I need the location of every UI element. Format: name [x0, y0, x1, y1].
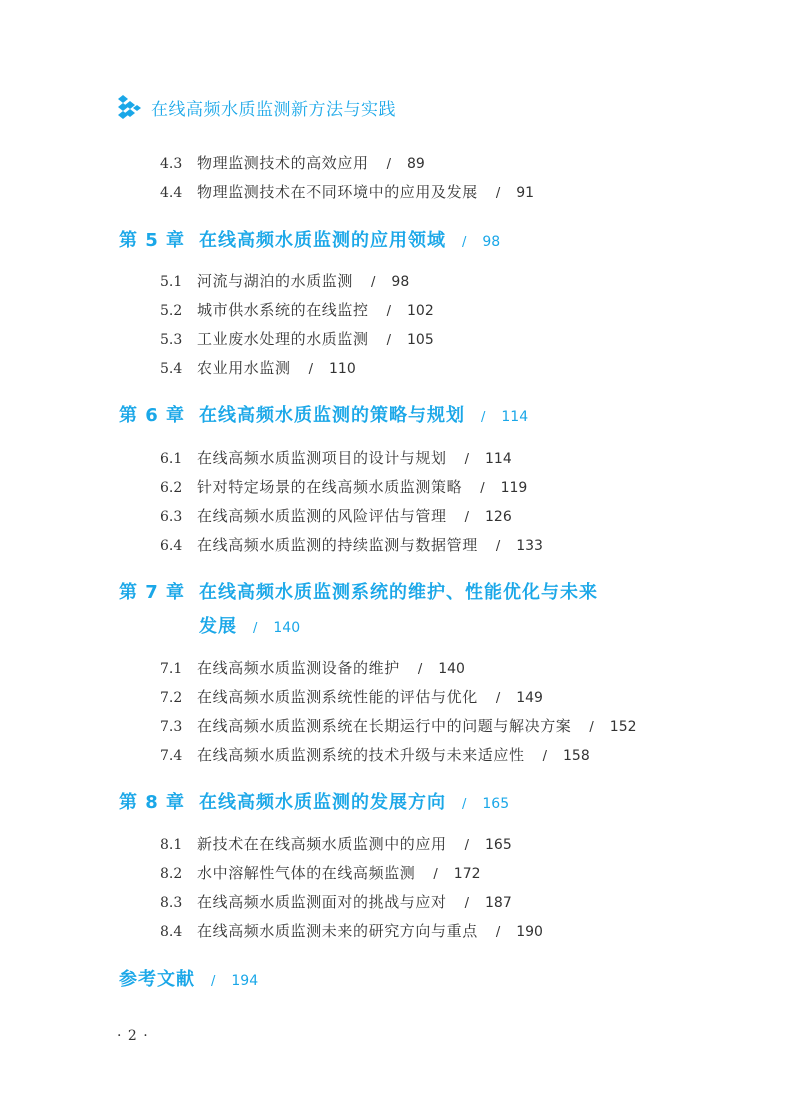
separator: / [465, 893, 469, 915]
toc-section-7-2[interactable]: 7.2 在线高频水质监测系统性能的评估与优化 / 149 [160, 686, 543, 708]
page-number: 114 [501, 403, 528, 431]
toc-section-7-4[interactable]: 7.4 在线高频水质监测系统的技术升级与未来适应性 / 158 [160, 744, 590, 766]
section-number: 5.4 [160, 358, 197, 380]
toc-section-8-1[interactable]: 8.1 新技术在在线高频水质监测中的应用 / 165 [160, 833, 512, 855]
section-number: 8.3 [160, 892, 197, 914]
toc-section-4-4[interactable]: 4.4 物理监测技术在不同环境中的应用及发展 / 91 [160, 181, 534, 203]
running-header: 在线高频水质监测新方法与实践 [117, 94, 396, 120]
section-number: 7.2 [160, 687, 197, 709]
separator: / [387, 330, 391, 352]
section-number: 5.3 [160, 329, 197, 351]
section-title: 在线高频水质监测的风险评估与管理 [197, 505, 447, 527]
separator: / [253, 615, 257, 643]
page-number: 133 [516, 535, 543, 557]
separator: / [211, 968, 215, 996]
toc-chapter-6[interactable]: 第 6 章 在线高频水质监测的策略与规划 / 114 [119, 402, 528, 430]
toc-section-7-1[interactable]: 7.1 在线高频水质监测设备的维护 / 140 [160, 657, 465, 679]
toc-section-8-2[interactable]: 8.2 水中溶解性气体的在线高频监测 / 172 [160, 862, 481, 884]
page-number: 140 [273, 614, 300, 642]
section-title: 在线高频水质监测系统在长期运行中的问题与解决方案 [197, 715, 571, 737]
section-title: 在线高频水质监测项目的设计与规划 [197, 447, 447, 469]
page-number: 105 [407, 329, 434, 351]
separator: / [480, 478, 484, 500]
page-number: 89 [407, 153, 425, 175]
section-number: 8.2 [160, 863, 197, 885]
section-title: 水中溶解性气体的在线高频监测 [197, 862, 415, 884]
toc-section-6-3[interactable]: 6.3 在线高频水质监测的风险评估与管理 / 126 [160, 505, 512, 527]
chapter-title-continued: 发展 [199, 613, 237, 641]
separator: / [465, 835, 469, 857]
section-title: 农业用水监测 [197, 357, 291, 379]
page-number: 194 [231, 967, 258, 995]
page-number: 126 [485, 506, 512, 528]
section-title: 针对特定场景的在线高频水质监测策略 [197, 476, 462, 498]
page-number: 91 [516, 182, 534, 204]
page-number: 114 [485, 448, 512, 470]
section-number: 5.1 [160, 271, 197, 293]
separator: / [371, 272, 375, 294]
section-title: 在线高频水质监测系统的技术升级与未来适应性 [197, 744, 525, 766]
section-title: 工业废水处理的水质监测 [197, 328, 369, 350]
page-number: 158 [563, 745, 590, 767]
section-number: 6.1 [160, 448, 197, 470]
stacked-diamonds-logo-icon [117, 95, 143, 119]
chapter-title: 在线高频水质监测系统的维护、性能优化与未来 [199, 579, 598, 607]
page-number: 190 [516, 921, 543, 943]
toc-section-7-3[interactable]: 7.3 在线高频水质监测系统在长期运行中的问题与解决方案 / 152 [160, 715, 637, 737]
toc-section-8-3[interactable]: 8.3 在线高频水质监测面对的挑战与应对 / 187 [160, 891, 512, 913]
book-title: 在线高频水质监测新方法与实践 [151, 95, 396, 120]
separator: / [462, 229, 466, 257]
page-number: 187 [485, 892, 512, 914]
section-title: 新技术在在线高频水质监测中的应用 [197, 833, 447, 855]
toc-section-6-1[interactable]: 6.1 在线高频水质监测项目的设计与规划 / 114 [160, 447, 512, 469]
toc-section-8-4[interactable]: 8.4 在线高频水质监测未来的研究方向与重点 / 190 [160, 920, 543, 942]
separator: / [465, 507, 469, 529]
separator: / [496, 922, 500, 944]
toc-section-6-4[interactable]: 6.4 在线高频水质监测的持续监测与数据管理 / 133 [160, 534, 543, 556]
section-title: 物理监测技术的高效应用 [197, 152, 369, 174]
section-title: 在线高频水质监测面对的挑战与应对 [197, 891, 447, 913]
section-number: 7.4 [160, 745, 197, 767]
page-footer-number: · 2 · [117, 1028, 149, 1044]
section-number: 7.3 [160, 716, 197, 738]
chapter-label: 第 5 章 [119, 227, 199, 255]
section-number: 8.1 [160, 834, 197, 856]
page-number: 98 [482, 228, 500, 256]
toc-chapter-7-continued[interactable]: 发展 / 140 [199, 613, 300, 641]
section-title: 物理监测技术在不同环境中的应用及发展 [197, 181, 478, 203]
toc-chapter-8[interactable]: 第 8 章 在线高频水质监测的发展方向 / 165 [119, 789, 509, 817]
page-number: 110 [329, 358, 356, 380]
page-number: 165 [485, 834, 512, 856]
separator: / [589, 717, 593, 739]
section-number: 6.4 [160, 535, 197, 557]
toc-section-5-4[interactable]: 5.4 农业用水监测 / 110 [160, 357, 356, 379]
page-number: 140 [438, 658, 465, 680]
section-title: 河流与湖泊的水质监测 [197, 270, 353, 292]
section-title: 在线高频水质监测系统性能的评估与优化 [197, 686, 478, 708]
separator: / [387, 154, 391, 176]
page-number: 102 [407, 300, 434, 322]
section-title: 城市供水系统的在线监控 [197, 299, 369, 321]
chapter-title: 在线高频水质监测的应用领域 [199, 227, 446, 255]
separator: / [418, 659, 422, 681]
toc-section-5-1[interactable]: 5.1 河流与湖泊的水质监测 / 98 [160, 270, 409, 292]
section-title: 在线高频水质监测的持续监测与数据管理 [197, 534, 478, 556]
section-title: 在线高频水质监测未来的研究方向与重点 [197, 920, 478, 942]
page-number: 119 [501, 477, 528, 499]
section-title: 在线高频水质监测设备的维护 [197, 657, 400, 679]
section-number: 6.2 [160, 477, 197, 499]
page-number: 98 [391, 271, 409, 293]
section-number: 6.3 [160, 506, 197, 528]
chapter-label: 第 6 章 [119, 402, 199, 430]
section-number: 5.2 [160, 300, 197, 322]
chapter-label: 第 8 章 [119, 789, 199, 817]
page-number: 165 [482, 790, 509, 818]
toc-section-5-2[interactable]: 5.2 城市供水系统的在线监控 / 102 [160, 299, 434, 321]
toc-chapter-5[interactable]: 第 5 章 在线高频水质监测的应用领域 / 98 [119, 227, 500, 255]
chapter-label: 第 7 章 [119, 579, 199, 607]
separator: / [481, 404, 485, 432]
separator: / [496, 183, 500, 205]
section-number: 8.4 [160, 921, 197, 943]
separator: / [309, 359, 313, 381]
separator: / [387, 301, 391, 323]
page-number: 149 [516, 687, 543, 709]
toc-section-5-3[interactable]: 5.3 工业废水处理的水质监测 / 105 [160, 328, 434, 350]
separator: / [496, 536, 500, 558]
page-number: 172 [454, 863, 481, 885]
toc-section-6-2[interactable]: 6.2 针对特定场景的在线高频水质监测策略 / 119 [160, 476, 527, 498]
separator: / [462, 791, 466, 819]
separator: / [465, 449, 469, 471]
toc-section-4-3[interactable]: 4.3 物理监测技术的高效应用 / 89 [160, 152, 425, 174]
chapter-title: 在线高频水质监测的发展方向 [199, 789, 446, 817]
separator: / [433, 864, 437, 886]
chapter-title: 在线高频水质监测的策略与规划 [199, 402, 465, 430]
toc-references[interactable]: 参考文献 / 194 [119, 966, 258, 994]
section-number: 4.3 [160, 153, 197, 175]
toc-chapter-7[interactable]: 第 7 章 在线高频水质监测系统的维护、性能优化与未来 [119, 579, 598, 607]
section-number: 4.4 [160, 182, 197, 204]
section-number: 7.1 [160, 658, 197, 680]
references-title: 参考文献 [119, 966, 195, 994]
page-number: 152 [610, 716, 637, 738]
separator: / [543, 746, 547, 768]
separator: / [496, 688, 500, 710]
